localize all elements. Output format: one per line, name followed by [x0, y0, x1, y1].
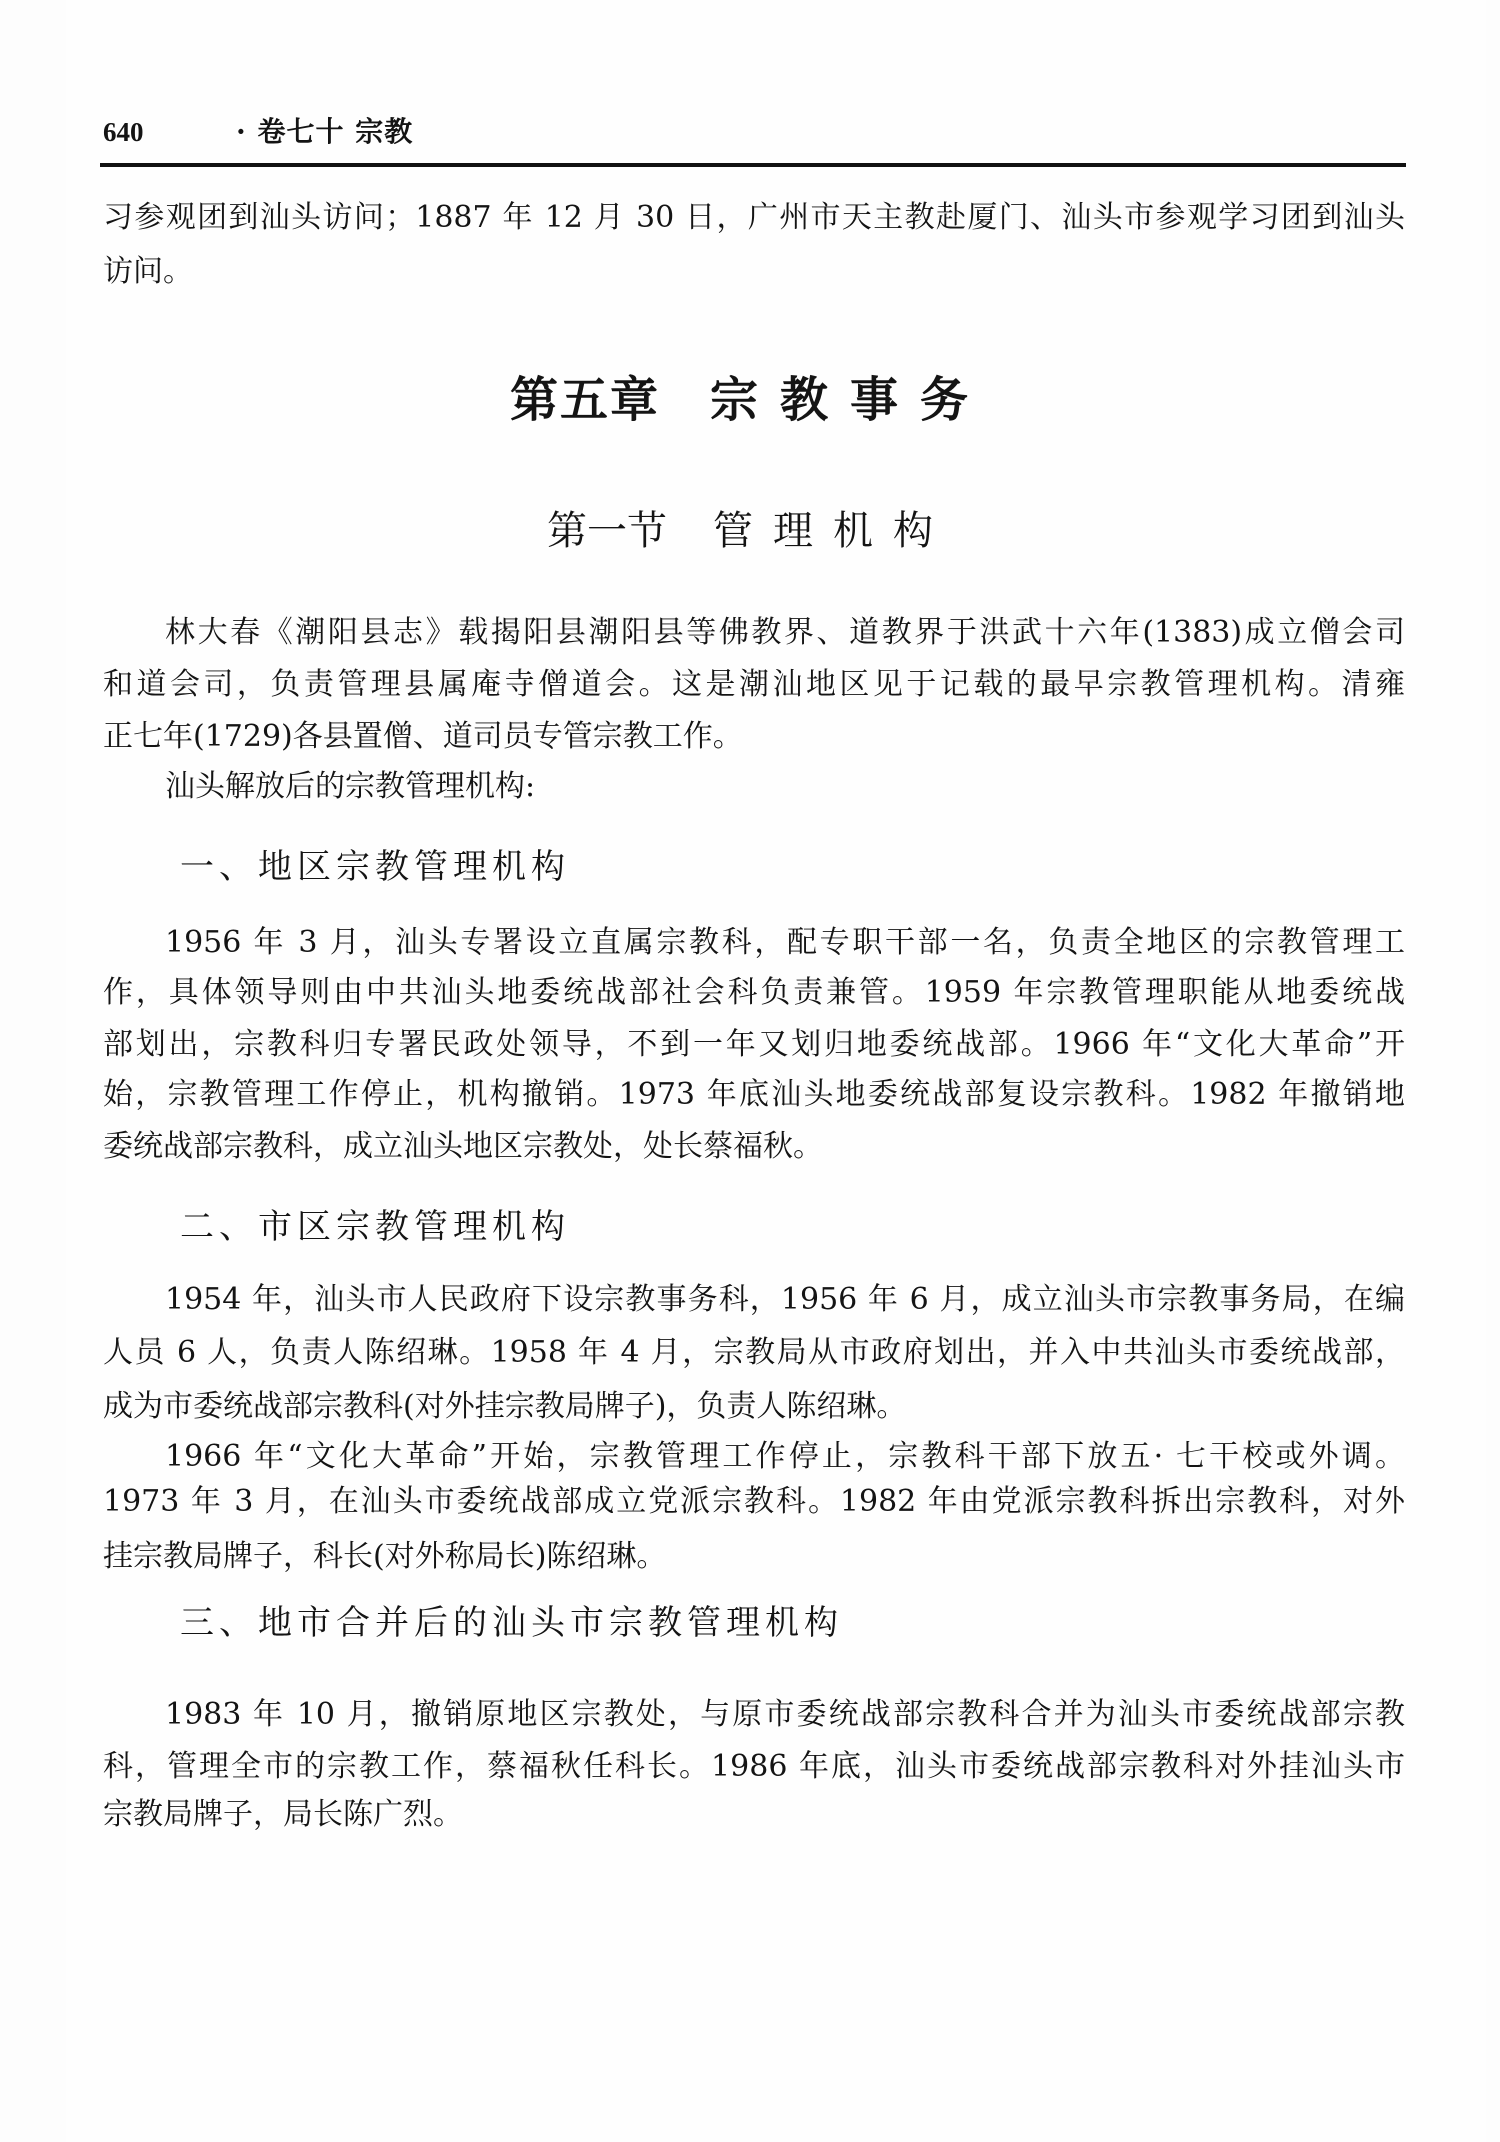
intro-line: 习参观团到汕头访问；1887 年 12 月 30 日，广州市天主教赴厦门、汕头市… [103, 193, 1405, 243]
paragraph-line: 成为市委统战部宗教科(对外挂宗教局牌子)，负责人陈绍琳。 [103, 1382, 906, 1432]
chapter-title: 第五章宗教事务 [0, 368, 1500, 432]
paragraph-line: 1966 年“文化大革命”开始，宗教管理工作停止，宗教科干部下放五· 七干校或外… [165, 1432, 1405, 1482]
section-name: 管理机构 [713, 508, 953, 554]
section-number: 第一节 [547, 508, 667, 554]
intro-line: 访问。 [103, 247, 193, 297]
section-title: 第一节管理机构 [0, 506, 1500, 556]
paragraph-line: 作，具体领导则由中共汕头地委统战部社会科负责兼管。1959 年宗教管理职能从地委… [103, 968, 1405, 1018]
paragraph-line: 1983 年 10 月，撤销原地区宗教处，与原市委统战部宗教科合并为汕头市委统战… [165, 1690, 1405, 1740]
paragraph-line: 人员 6 人，负责人陈绍琳。1958 年 4 月，宗教局从市政府划出，并入中共汕… [103, 1328, 1405, 1378]
paragraph-line: 1954 年，汕头市人民政府下设宗教事务科，1956 年 6 月，成立汕头市宗教… [165, 1275, 1405, 1325]
subheading-1: 一、地区宗教管理机构 [180, 842, 570, 892]
header-rule [100, 163, 1406, 167]
paragraph-line: 汕头解放后的宗教管理机构: [165, 762, 1405, 812]
running-title: · 卷七十 宗教 [236, 112, 413, 152]
paragraph-line: 部划出，宗教科归专署民政处领导，不到一年又划归地委统战部。1966 年“文化大革… [103, 1020, 1405, 1070]
paragraph-line: 始，宗教管理工作停止，机构撤销。1973 年底汕头地委统战部复设宗教科。1982… [103, 1070, 1405, 1120]
paragraph-line: 宗教局牌子，局长陈广烈。 [103, 1790, 463, 1840]
chapter-name: 宗教事务 [710, 372, 990, 428]
subheading-2: 二、市区宗教管理机构 [180, 1202, 570, 1252]
paragraph-line: 科，管理全市的宗教工作，蔡福秋任科长。1986 年底，汕头市委统战部宗教科对外挂… [103, 1742, 1405, 1792]
running-header: 640 · 卷七十 宗教 [103, 112, 144, 152]
subheading-3: 三、地市合并后的汕头市宗教管理机构 [180, 1598, 843, 1648]
paragraph-line: 和道会司，负责管理县属庵寺僧道会。这是潮汕地区见于记载的最早宗教管理机构。清雍 [103, 660, 1405, 710]
chapter-number: 第五章 [510, 372, 660, 428]
page-number: 640 [103, 117, 144, 147]
paragraph-line: 挂宗教局牌子，科长(对外称局长)陈绍琳。 [103, 1532, 666, 1582]
paragraph-line: 正七年(1729)各县置僧、道司员专管宗教工作。 [103, 712, 743, 762]
paragraph-line: 1973 年 3 月，在汕头市委统战部成立党派宗教科。1982 年由党派宗教科拆… [103, 1477, 1405, 1527]
paragraph-line: 1956 年 3 月，汕头专署设立直属宗教科，配专职干部一名，负责全地区的宗教管… [165, 918, 1405, 968]
paragraph-line: 林大春《潮阳县志》载揭阳县潮阳县等佛教界、道教界于洪武十六年(1383)成立僧会… [165, 608, 1405, 658]
paragraph-line: 委统战部宗教科，成立汕头地区宗教处，处长蔡福秋。 [103, 1122, 823, 1172]
